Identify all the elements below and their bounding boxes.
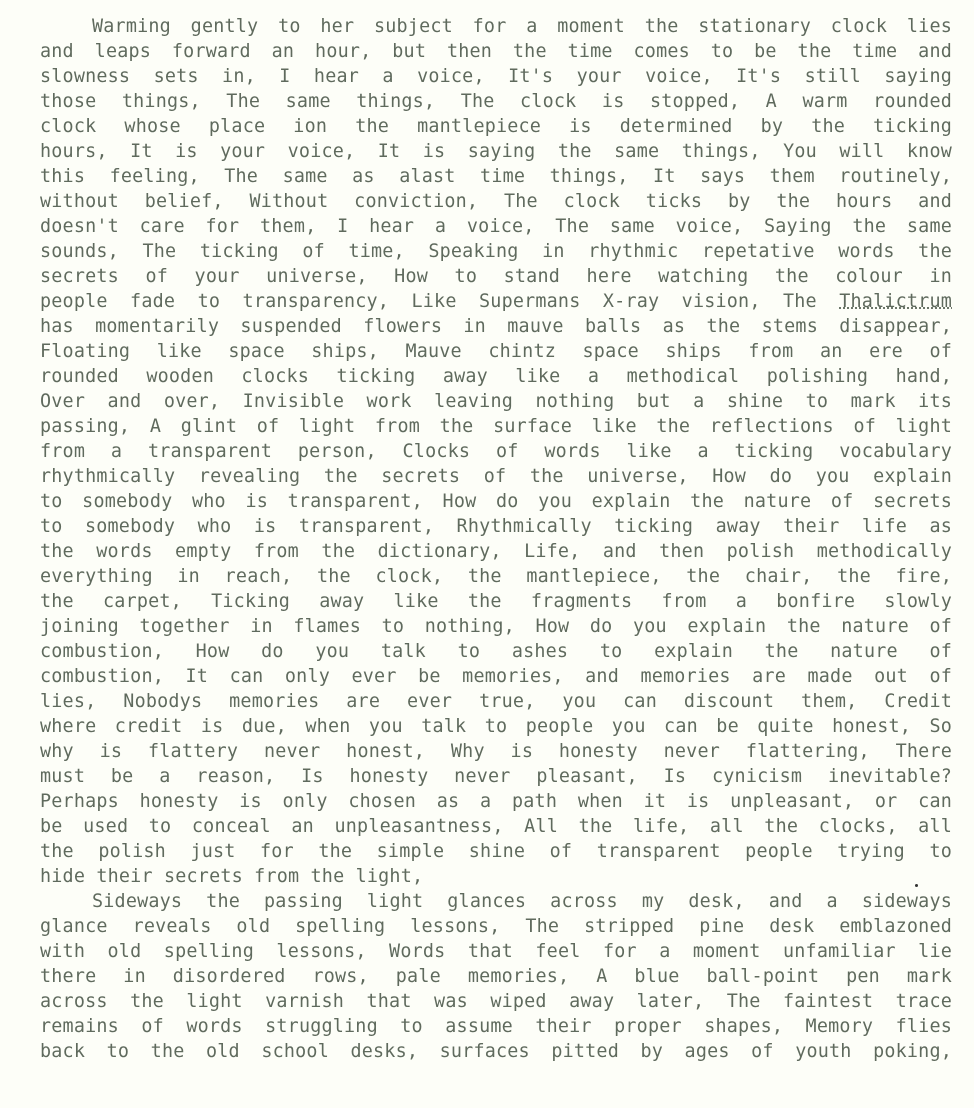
text-line: passing, A glint of light from the surfa…	[40, 414, 952, 439]
text-line: those things, The same things, The clock…	[40, 89, 952, 114]
text-line: lies, Nobodys memories are ever true, yo…	[40, 689, 952, 714]
text-line: Warming gently to her subject for a mome…	[40, 14, 952, 39]
text-line: why is flattery never honest, Why is hon…	[40, 739, 952, 764]
text-line: Perhaps honesty is only chosen as a path…	[40, 789, 952, 814]
text-line: secrets of your universe, How to stand h…	[40, 264, 952, 289]
text-line: Over and over, Invisible work leaving no…	[40, 389, 952, 414]
text-line: to somebody who is transparent, Rhythmic…	[40, 514, 952, 539]
text-line: rhythmically revealing the secrets of th…	[40, 464, 952, 489]
text-line: sounds, The ticking of time, Speaking in…	[40, 239, 952, 264]
text-line: there in disordered rows, pale memories,…	[40, 964, 952, 989]
text-line: this feeling, The same as alast time thi…	[40, 164, 952, 189]
text-line: glance reveals old spelling lessons, The…	[40, 914, 952, 939]
text-line: across the light varnish that was wiped …	[40, 989, 952, 1014]
text-line: with old spelling lessons, Words that fe…	[40, 939, 952, 964]
text-line: and leaps forward an hour, but then the …	[40, 39, 952, 64]
text-line: Floating like space ships, Mauve chintz …	[40, 339, 952, 364]
document-page: Warming gently to her subject for a mome…	[40, 14, 952, 1064]
text-line: Sideways the passing light glances acros…	[40, 889, 952, 914]
text-line: the words empty from the dictionary, Lif…	[40, 539, 952, 564]
text-line: has momentarily suspended flowers in mau…	[40, 314, 952, 339]
paragraph: Sideways the passing light glances acros…	[40, 889, 952, 1064]
text-line: hide their secrets from the light,	[40, 864, 952, 889]
underlined-word: Thalictrum	[839, 291, 952, 312]
text-line: doesn't care for them, I hear a voice, T…	[40, 214, 952, 239]
text-line: remains of words struggling to assume th…	[40, 1014, 952, 1039]
text-line: the carpet, Ticking away like the fragme…	[40, 589, 952, 614]
text-line: rounded wooden clocks ticking away like …	[40, 364, 952, 389]
text-line: slowness sets in, I hear a voice, It's y…	[40, 64, 952, 89]
text-line: be used to conceal an unpleasantness, Al…	[40, 814, 952, 839]
paragraph: Warming gently to her subject for a mome…	[40, 14, 952, 889]
text-line: to somebody who is transparent, How do y…	[40, 489, 952, 514]
text-line: clock whose place ion the mantlepiece is…	[40, 114, 952, 139]
text-line: back to the old school desks, surfaces p…	[40, 1039, 952, 1064]
ink-speck	[915, 884, 918, 887]
text-line: everything in reach, the clock, the mant…	[40, 564, 952, 589]
text-line: without belief, Without conviction, The …	[40, 189, 952, 214]
text-line: from a transparent person, Clocks of wor…	[40, 439, 952, 464]
text-line: must be a reason, Is honesty never pleas…	[40, 764, 952, 789]
text-line: people fade to transparency, Like Superm…	[40, 289, 952, 314]
text-line: joining together in flames to nothing, H…	[40, 614, 952, 639]
text-line: the polish just for the simple shine of …	[40, 839, 952, 864]
text-line: where credit is due, when you talk to pe…	[40, 714, 952, 739]
text-line: hours, It is your voice, It is saying th…	[40, 139, 952, 164]
text-line: combustion, How do you talk to ashes to …	[40, 639, 952, 664]
text-line: combustion, It can only ever be memories…	[40, 664, 952, 689]
